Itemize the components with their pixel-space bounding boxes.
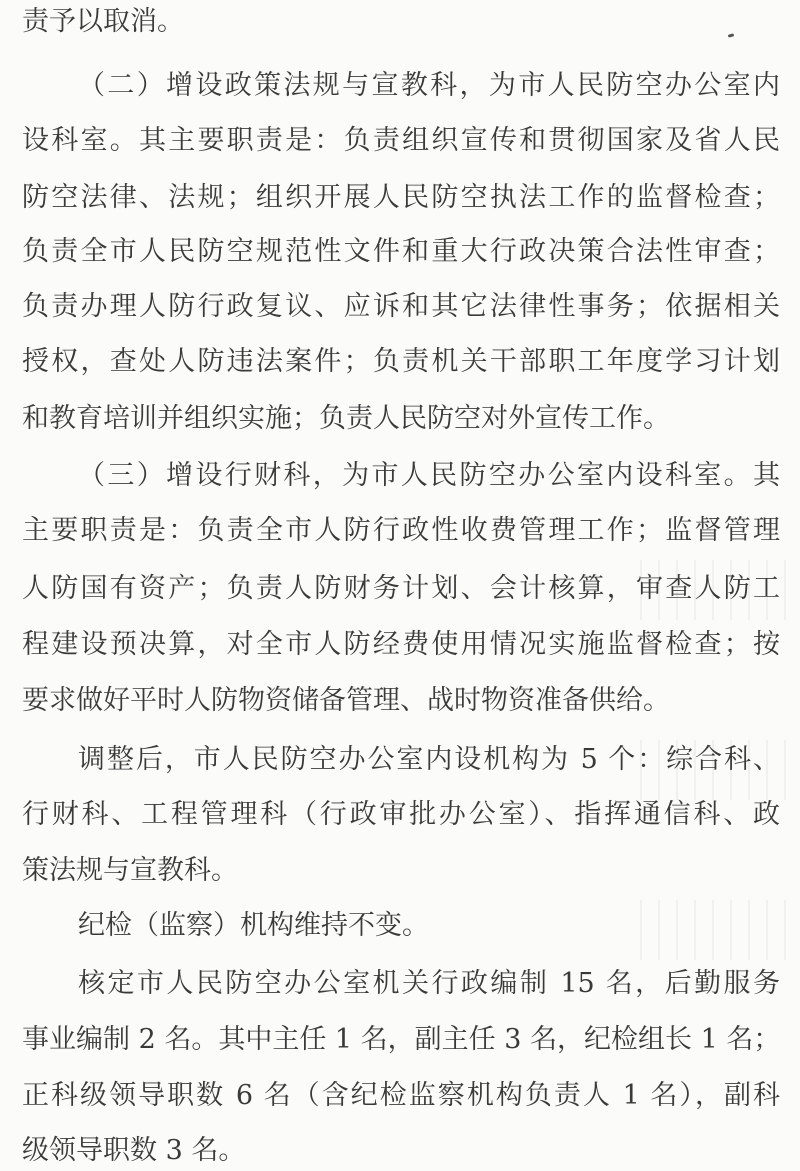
text-line: 和教育培训并组织实施；负责人民防空对外宣传工作。	[22, 399, 780, 439]
scanned-document-page: 责予以取消。 （二）增设政策法规与宣教科，为市人民防空办公室内 设科室。其主要职…	[0, 0, 800, 1171]
text-line: 正科级领导职数 6 名（含纪检监察机构负责人 1 名），副科	[22, 1076, 780, 1116]
text-line: 核定市人民防空办公室机关行政编制 15 名，后勤服务	[78, 964, 780, 1004]
text-line: （二）增设政策法规与宣教科，为市人民防空办公室内	[78, 66, 780, 106]
text-line: 负责办理人防行政复议、应诉和其它法律性事务；依据相关	[22, 287, 780, 327]
text-line: 事业编制 2 名。其中主任 1 名，副主任 3 名，纪检组长 1 名；	[22, 1020, 780, 1060]
text-line: （三）增设行财科，为市人民防空办公室内设科室。其	[78, 456, 780, 496]
text-line: 授权，查处人防违法案件；负责机关干部职工年度学习计划	[22, 342, 780, 382]
text-line: 级领导职数 3 名。	[22, 1131, 780, 1171]
text-line: 主要职责是：负责全市人防行政性收费管理工作；监督管理	[22, 511, 780, 551]
text-line: 调整后，市人民防空办公室内设机构为 5 个：综合科、	[78, 740, 780, 780]
text-line: 责予以取消。	[22, 2, 780, 42]
text-line: 纪检（监察）机构维持不变。	[78, 906, 780, 946]
text-line: 设科室。其主要职责是：负责组织宣传和贯彻国家及省人民	[22, 121, 780, 161]
text-line: 人防国有资产；负责人防财务计划、会计核算，审查人防工	[22, 569, 780, 609]
text-line: 负责全市人民防空规范性文件和重大行政决策合法性审查；	[22, 232, 780, 272]
text-line: 行财科、工程管理科（行政审批办公室）、指挥通信科、政	[22, 795, 780, 835]
text-line: 程建设预决算，对全市人防经费使用情况实施监督检查；按	[22, 625, 780, 665]
text-line: 策法规与宣教科。	[22, 851, 780, 891]
text-line: 要求做好平时人防物资储备管理、战时物资准备供给。	[22, 681, 780, 721]
text-line: 防空法律、法规；组织开展人民防空执法工作的监督检查；	[22, 178, 780, 218]
